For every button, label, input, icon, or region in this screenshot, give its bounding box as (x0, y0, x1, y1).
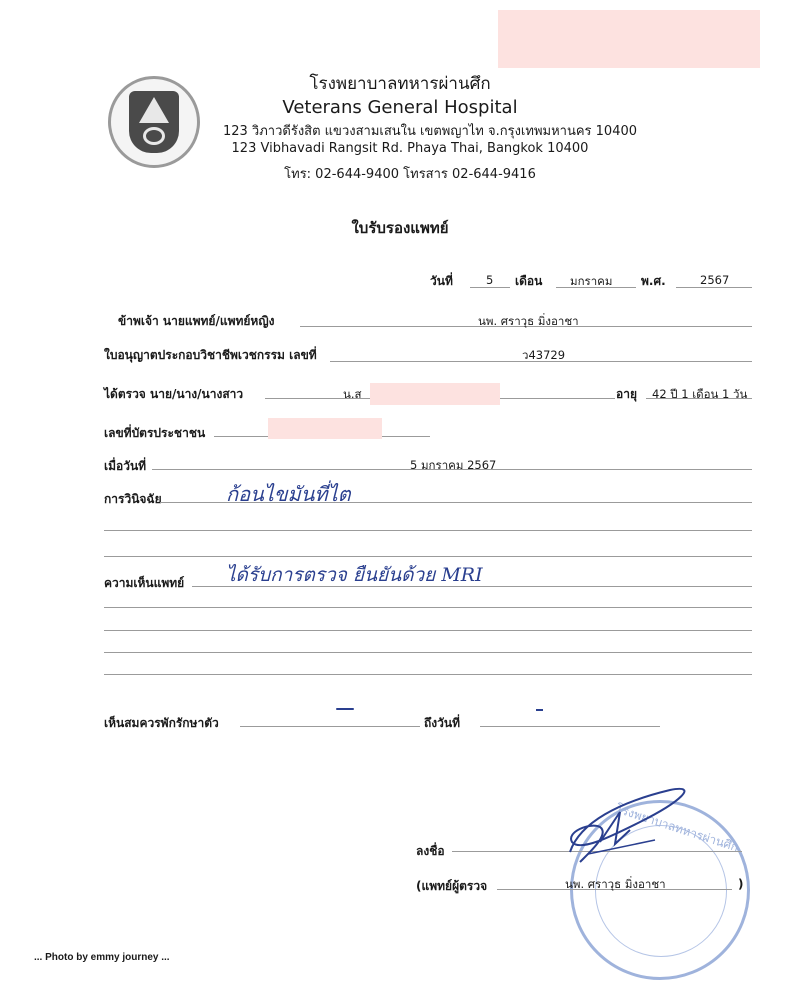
exam-date-label: เมื่อวันที่ (104, 457, 146, 476)
age-label: อายุ (616, 385, 637, 404)
until-label: ถึงวันที่ (424, 714, 460, 733)
doctor-value: นพ. ศราวุธ มิ่งอาชา (478, 313, 579, 331)
license-label: ใบอนุญาตประกอบวิชาชีพเวชกรรม เลขที่ (104, 346, 317, 365)
rest-label: เห็นสมควรพักรักษาตัว (104, 714, 219, 733)
examiner-value: นพ. ศราวุธ มิ่งอาชา (565, 876, 666, 894)
month-value: มกราคม (570, 273, 612, 291)
hospital-name-th: โรงพยาบาลทหารผ่านศึก (200, 70, 600, 97)
year-value: 2567 (700, 273, 729, 287)
id-label: เลขที่บัตรประชาชน (104, 424, 205, 443)
patient-label: ได้ตรวจ นาย/นาง/นางสาว (104, 385, 243, 404)
diagnosis-label: การวินิจฉัย (104, 490, 162, 509)
day-value: 5 (486, 273, 493, 287)
opinion-line-3 (104, 630, 752, 631)
exam-date-value: 5 มกราคม 2567 (410, 457, 496, 475)
age-value: 42 ปี 1 เดือน 1 วัน (652, 386, 747, 404)
phone-fax: โทร: 02-644-9400 โทรสาร 02-644-9416 (200, 163, 620, 184)
opinion-label: ความเห็นแพทย์ (104, 574, 184, 593)
doctor-label: ข้าพเจ้า นายแพทย์/แพทย์หญิง (118, 312, 274, 331)
opinion-handwritten: ได้รับการตรวจ ยืนยันด้วย MRI (226, 560, 483, 590)
sign-label: ลงชื่อ (416, 842, 445, 861)
redaction-top (498, 10, 760, 68)
examiner-close: ) (738, 877, 743, 891)
address-th: 123 วิภาวดีรังสิต แขวงสามเสนใน เขตพญาไท … (200, 120, 660, 141)
opinion-line-4 (104, 652, 752, 653)
document-title: ใบรับรองแพทย์ (300, 216, 500, 240)
until-pen-mark (536, 709, 543, 711)
opinion-line-0 (104, 556, 752, 557)
signature-icon (560, 782, 700, 872)
diagnosis-line-2 (104, 530, 752, 531)
month-label: เดือน (515, 272, 542, 291)
redaction-patient-name (370, 383, 500, 405)
rest-line (240, 726, 420, 727)
patient-prefix: น.ส (343, 386, 362, 404)
rest-pen-mark (336, 708, 354, 710)
diagnosis-handwritten: ก้อนไขมันที่ไต (226, 478, 351, 510)
day-line (470, 287, 510, 288)
year-label: พ.ศ. (641, 272, 666, 291)
hospital-name-en: Veterans General Hospital (200, 97, 600, 118)
year-line (676, 287, 752, 288)
hospital-seal-icon (108, 76, 200, 168)
opinion-line-2 (104, 607, 752, 608)
photo-credit: ... Photo by emmy journey ... (34, 952, 170, 963)
address-en: 123 Vibhavadi Rangsit Rd. Phaya Thai, Ba… (200, 141, 620, 156)
examiner-label: (แพทย์ผู้ตรวจ (416, 877, 487, 896)
opinion-line-5 (104, 674, 752, 675)
license-value: ว43729 (522, 347, 565, 365)
until-line (480, 726, 660, 727)
day-label: วันที่ (430, 272, 453, 291)
redaction-id-number (268, 418, 382, 439)
